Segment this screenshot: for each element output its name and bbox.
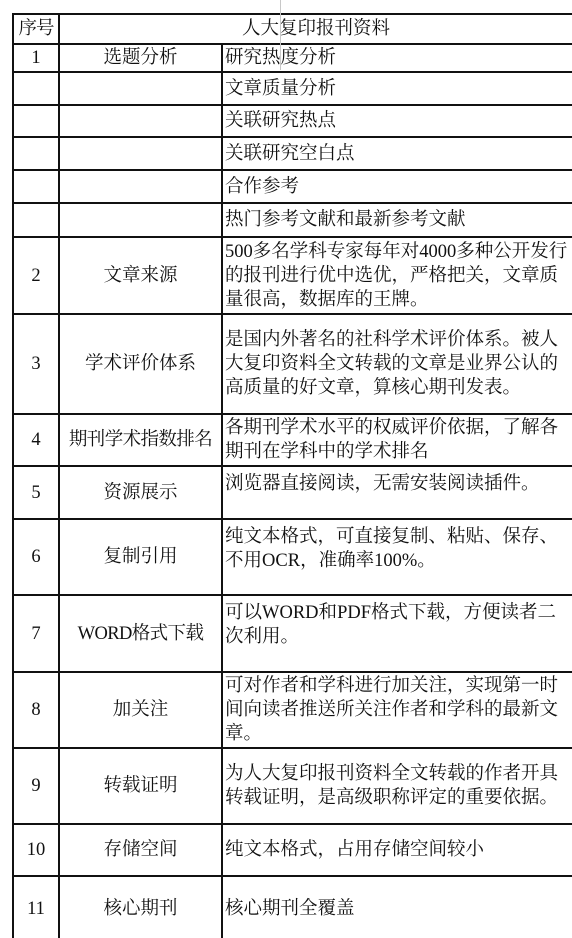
feature-name-cell bbox=[59, 72, 222, 105]
feature-name-cell: 核心期刊 bbox=[59, 876, 222, 938]
row-index-cell: 8 bbox=[13, 672, 59, 748]
feature-name-cell: 文章来源 bbox=[59, 237, 222, 314]
feature-name-cell bbox=[59, 137, 222, 170]
table-row: 关联研究空白点 bbox=[13, 137, 572, 170]
row-index-cell bbox=[13, 105, 59, 137]
table-title: 人大复印报刊资料 bbox=[59, 14, 572, 44]
feature-name-cell bbox=[59, 170, 222, 203]
table-row: 3学术评价体系是国内外著名的社科学术评价体系。被人大复印资料全文转载的文章是业界… bbox=[13, 314, 572, 414]
table-row: 热门参考文献和最新参考文献 bbox=[13, 203, 572, 237]
row-index-cell: 6 bbox=[13, 519, 59, 595]
row-index-cell bbox=[13, 72, 59, 105]
table-row: 4期刊学术指数排名各期刊学术水平的权威评价依据，了解各期刊在学科中的学术排名 bbox=[13, 414, 572, 466]
row-index-cell: 5 bbox=[13, 466, 59, 519]
features-table: 序号 人大复印报刊资料 1选题分析研究热度分析文章质量分析关联研究热点关联研究空… bbox=[12, 13, 572, 938]
table-row: 10存储空间纯文本格式，占用存储空间较小 bbox=[13, 824, 572, 876]
feature-description-cell: 为人大复印报刊资料全文转载的作者开具转载证明，是高级职称评定的重要依据。 bbox=[222, 748, 572, 824]
table-row: 6复制引用纯文本格式，可直接复制、粘贴、保存、不用OCR，准确率100%。 bbox=[13, 519, 572, 595]
row-index-cell: 11 bbox=[13, 876, 59, 938]
latin-text-run: 100% bbox=[374, 551, 417, 571]
feature-description-cell: 热门参考文献和最新参考文献 bbox=[222, 203, 572, 237]
feature-description-cell: 研究热度分析 bbox=[222, 44, 572, 72]
feature-name-cell: 期刊学术指数排名 bbox=[59, 414, 222, 466]
feature-description-cell: 各期刊学术水平的权威评价依据，了解各期刊在学科中的学术排名 bbox=[222, 414, 572, 466]
table-row: 合作参考 bbox=[13, 170, 572, 203]
row-index-cell: 4 bbox=[13, 414, 59, 466]
table-row: 2文章来源500多名学科专家每年对4000多种公开发行的报刊进行优中选优，严格把… bbox=[13, 237, 572, 314]
table-row: 关联研究热点 bbox=[13, 105, 572, 137]
feature-description-cell: 是国内外著名的社科学术评价体系。被人大复印资料全文转载的文章是业界公认的高质量的… bbox=[222, 314, 572, 414]
row-index-cell: 10 bbox=[13, 824, 59, 876]
latin-text-run: WORD bbox=[262, 603, 319, 623]
feature-description-cell: 可以WORD和PDF格式下载，方便读者二次利用。 bbox=[222, 595, 572, 672]
feature-description-cell: 纯文本格式，占用存储空间较小 bbox=[222, 824, 572, 876]
feature-description-cell: 关联研究热点 bbox=[222, 105, 572, 137]
row-index-cell: 2 bbox=[13, 237, 59, 314]
feature-description-cell: 浏览器直接阅读，无需安装阅读插件。 bbox=[222, 466, 572, 519]
feature-name-cell: 资源展示 bbox=[59, 466, 222, 519]
table-row: 8加关注可对作者和学科进行加关注，实现第一时间向读者推送所关注作者和学科的最新文… bbox=[13, 672, 572, 748]
feature-description-cell: 合作参考 bbox=[222, 170, 572, 203]
feature-name-cell: 复制引用 bbox=[59, 519, 222, 595]
feature-name-cell: 转载证明 bbox=[59, 748, 222, 824]
latin-text-run: 4000 bbox=[419, 242, 456, 262]
latin-text-run: PDF bbox=[337, 603, 371, 623]
feature-name-cell: 加关注 bbox=[59, 672, 222, 748]
cell-guide-line bbox=[280, 0, 281, 70]
feature-name-cell: 选题分析 bbox=[59, 44, 222, 72]
feature-description-cell: 500多名学科专家每年对4000多种公开发行的报刊进行优中选优，严格把关，文章质… bbox=[222, 237, 572, 314]
table-row: 11核心期刊核心期刊全覆盖 bbox=[13, 876, 572, 938]
table-row: 5资源展示浏览器直接阅读，无需安装阅读插件。 bbox=[13, 466, 572, 519]
row-index-cell: 3 bbox=[13, 314, 59, 414]
latin-text-run: WORD bbox=[78, 624, 132, 644]
feature-name-cell bbox=[59, 105, 222, 137]
table-row: 9转载证明为人大复印报刊资料全文转载的作者开具转载证明，是高级职称评定的重要依据… bbox=[13, 748, 572, 824]
feature-description-cell: 可对作者和学科进行加关注，实现第一时间向读者推送所关注作者和学科的最新文章。 bbox=[222, 672, 572, 748]
feature-description-cell: 关联研究空白点 bbox=[222, 137, 572, 170]
header-row: 序号 人大复印报刊资料 bbox=[13, 14, 572, 44]
feature-name-cell: 学术评价体系 bbox=[59, 314, 222, 414]
row-index-cell: 9 bbox=[13, 748, 59, 824]
feature-description-cell: 文章质量分析 bbox=[222, 72, 572, 105]
row-index-cell bbox=[13, 203, 59, 237]
row-index-cell bbox=[13, 137, 59, 170]
table-row: 7WORD格式下载可以WORD和PDF格式下载，方便读者二次利用。 bbox=[13, 595, 572, 672]
feature-name-cell: WORD格式下载 bbox=[59, 595, 222, 672]
feature-description-cell: 核心期刊全覆盖 bbox=[222, 876, 572, 938]
feature-description-cell: 纯文本格式，可直接复制、粘贴、保存、不用OCR，准确率100%。 bbox=[222, 519, 572, 595]
feature-name-cell: 存储空间 bbox=[59, 824, 222, 876]
table-row: 1选题分析研究热度分析 bbox=[13, 44, 572, 72]
feature-name-cell bbox=[59, 203, 222, 237]
index-column-header: 序号 bbox=[13, 14, 59, 44]
row-index-cell: 1 bbox=[13, 44, 59, 72]
row-index-cell: 7 bbox=[13, 595, 59, 672]
row-index-cell bbox=[13, 170, 59, 203]
table-row: 文章质量分析 bbox=[13, 72, 572, 105]
latin-text-run: 500 bbox=[225, 242, 253, 262]
latin-text-run: OCR bbox=[262, 551, 300, 571]
